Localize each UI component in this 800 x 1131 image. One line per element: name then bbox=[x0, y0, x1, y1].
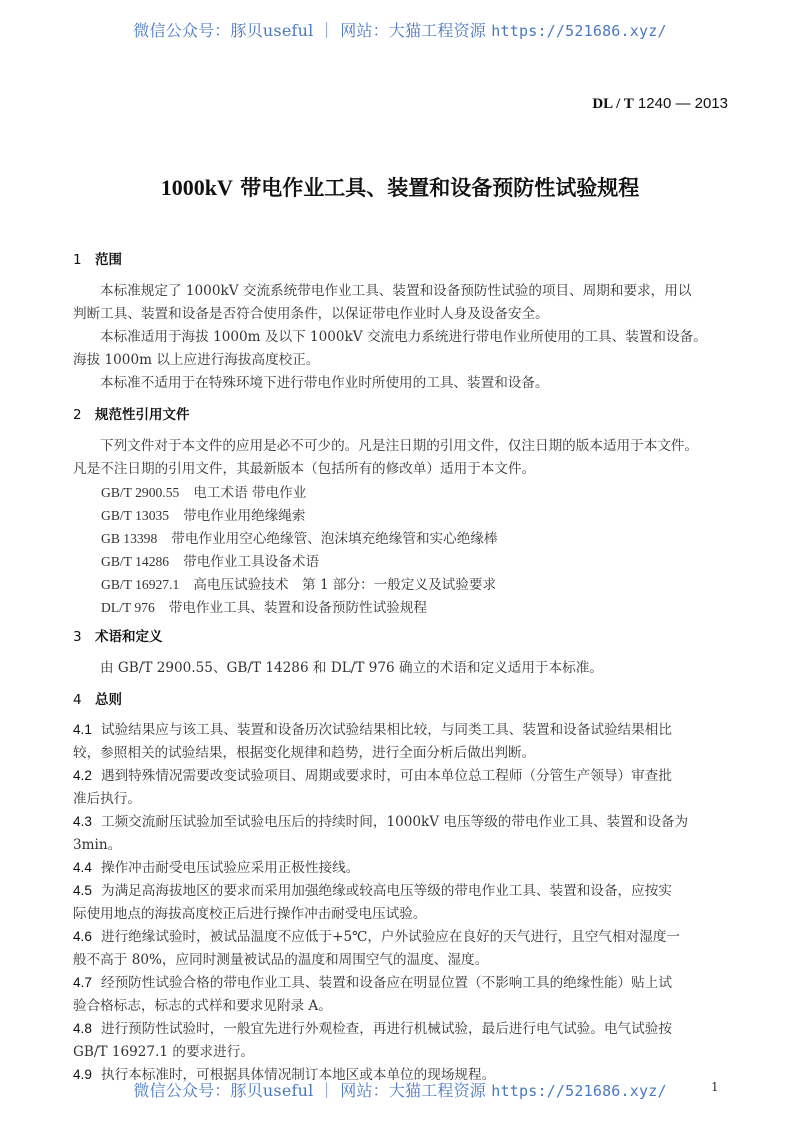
clause-number: 4.6 bbox=[73, 929, 101, 944]
clause-continuation: 3min。 bbox=[73, 833, 121, 853]
clause-number: 4.8 bbox=[73, 1021, 101, 1036]
clause-continuation: GB/T 16927.1 的要求进行。 bbox=[73, 1040, 254, 1060]
section-number: 2 bbox=[73, 407, 95, 423]
reference-code: GB 13398 bbox=[101, 531, 157, 547]
clause-text: 经预防性试验合格的带电作业工具、装置和设备应在明显位置（不影响工具的绝缘性能）贴… bbox=[101, 975, 672, 991]
watermark-url[interactable]: https://521686.xyz/ bbox=[491, 1082, 666, 1100]
section-heading-3: 3术语和定义 bbox=[73, 625, 163, 645]
clause-text: 进行预防性试验时，一般宜先进行外观检查，再进行机械试验，最后进行电气试验。电气试… bbox=[101, 1021, 672, 1037]
reference-code: DL/T 976 bbox=[101, 600, 155, 616]
watermark-url[interactable]: https://521686.xyz/ bbox=[491, 22, 666, 40]
reference-title: 电工术语 带电作业 bbox=[193, 485, 306, 501]
clause-text: 进行绝缘试验时，被试品温度不应低于+5℃，户外试验应在良好的天气进行，且空气相对… bbox=[101, 929, 680, 945]
reference-title: 高电压试验技术 第 1 部分：一般定义及试验要求 bbox=[193, 577, 496, 593]
clause-number: 4.4 bbox=[73, 860, 101, 875]
watermark-bottom: 微信公众号：豚贝useful ｜ 网站：大猫工程资源 https://52168… bbox=[0, 1078, 800, 1101]
clause-continuation: 验合格标志，标志的式样和要求见附录 A。 bbox=[73, 994, 332, 1014]
paragraph-line: 下列文件对于本文件的应用是必不可少的。凡是注日期的引用文件，仅注日期的版本适用于… bbox=[100, 434, 698, 454]
page-number: 1 bbox=[711, 1080, 719, 1094]
title-prefix: 1000kV bbox=[161, 175, 233, 200]
section-title: 总则 bbox=[95, 692, 122, 708]
section-number: 3 bbox=[73, 629, 95, 645]
reference-title: 带电作业用绝缘绳索 bbox=[183, 508, 305, 524]
section-title: 范围 bbox=[95, 252, 122, 268]
clause-text: 操作冲击耐受电压试验应采用正极性接线。 bbox=[101, 860, 359, 876]
reference-code: GB/T 2900.55 bbox=[101, 485, 179, 501]
clause-text: 工频交流耐压试验加至试验电压后的持续时间，1000kV 电压等级的带电作业工具、… bbox=[101, 814, 688, 830]
clause-4-4: 4.4操作冲击耐受电压试验应采用正极性接线。 bbox=[73, 856, 359, 876]
watermark-text: 微信公众号：豚贝useful ｜ 网站：大猫工程资源 bbox=[133, 1081, 491, 1100]
paragraph-line: 本标准规定了 1000kV 交流系统带电作业工具、装置和设备预防性试验的项目、周… bbox=[100, 279, 691, 299]
reference-code: GB/T 14286 bbox=[101, 554, 169, 570]
reference-code: GB/T 16927.1 bbox=[101, 577, 179, 593]
reference-code: GB/T 13035 bbox=[101, 508, 169, 524]
watermark-top: 微信公众号：豚贝useful ｜ 网站：大猫工程资源 https://52168… bbox=[0, 18, 800, 41]
reference-item: GB/T 14286带电作业工具设备术语 bbox=[101, 550, 319, 570]
clause-4-7: 4.7经预防性试验合格的带电作业工具、装置和设备应在明显位置（不影响工具的绝缘性… bbox=[73, 971, 672, 991]
section-title: 规范性引用文件 bbox=[95, 407, 190, 423]
clause-number: 4.7 bbox=[73, 975, 101, 990]
reference-item: GB/T 16927.1高电压试验技术 第 1 部分：一般定义及试验要求 bbox=[101, 573, 496, 593]
paragraph-line: 本标准不适用于在特殊环境下进行带电作业时所使用的工具、装置和设备。 bbox=[100, 371, 549, 391]
clause-4-5: 4.5为满足高海拔地区的要求而采用加强绝缘或较高电压等级的带电作业工具、装置和设… bbox=[73, 879, 672, 899]
clause-4-2: 4.2遇到特殊情况需要改变试验项目、周期或要求时，可由本单位总工程师（分管生产领… bbox=[73, 764, 672, 784]
standard-number: 1240 — 2013 bbox=[638, 95, 728, 112]
reference-item: GB/T 2900.55电工术语 带电作业 bbox=[101, 481, 306, 501]
clause-text: 遇到特殊情况需要改变试验项目、周期或要求时，可由本单位总工程师（分管生产领导）审… bbox=[101, 768, 672, 784]
clause-text: 为满足高海拔地区的要求而采用加强绝缘或较高电压等级的带电作业工具、装置和设备，应… bbox=[101, 883, 672, 899]
reference-title: 带电作业用空心绝缘管、泡沫填充绝缘管和实心绝缘棒 bbox=[171, 531, 497, 547]
section-title: 术语和定义 bbox=[95, 629, 163, 645]
reference-item: GB 13398带电作业用空心绝缘管、泡沫填充绝缘管和实心绝缘棒 bbox=[101, 527, 498, 547]
section-number: 1 bbox=[73, 252, 95, 268]
reference-item: GB/T 13035带电作业用绝缘绳索 bbox=[101, 504, 305, 524]
reference-item: DL/T 976带电作业工具、装置和设备预防性试验规程 bbox=[101, 596, 427, 616]
clause-continuation: 较，参照相关的试验结果，根据变化规律和趋势，进行全面分析后做出判断。 bbox=[73, 741, 535, 761]
clause-number: 4.5 bbox=[73, 883, 101, 898]
clause-continuation: 般不高于 80%，应同时测量被试品的温度和周围空气的温度、湿度。 bbox=[73, 948, 488, 968]
section-heading-1: 1范围 bbox=[73, 248, 122, 268]
section-heading-4: 4总则 bbox=[73, 688, 122, 708]
clause-number: 4.3 bbox=[73, 814, 101, 829]
clause-continuation: 际使用地点的海拔高度校正后进行操作冲击耐受电压试验。 bbox=[73, 902, 426, 922]
clause-text: 试验结果应与该工具、装置和设备历次试验结果相比较，与同类工具、装置和设备试验结果… bbox=[101, 722, 672, 738]
clause-continuation: 准后执行。 bbox=[73, 787, 141, 807]
reference-title: 带电作业工具、装置和设备预防性试验规程 bbox=[169, 600, 427, 616]
standard-prefix: DL / T bbox=[592, 96, 633, 112]
paragraph-line: 本标准适用于海拔 1000m 及以下 1000kV 交流电力系统进行带电作业所使… bbox=[100, 325, 707, 345]
clause-4-6: 4.6进行绝缘试验时，被试品温度不应低于+5℃，户外试验应在良好的天气进行，且空… bbox=[73, 925, 680, 945]
paragraph-line: 判断工具、装置和设备是否符合使用条件，以保证带电作业时人身及设备安全。 bbox=[73, 302, 549, 322]
section-number: 4 bbox=[73, 692, 95, 708]
reference-title: 带电作业工具设备术语 bbox=[183, 554, 319, 570]
watermark-text: 微信公众号：豚贝useful ｜ 网站：大猫工程资源 bbox=[133, 21, 491, 40]
title-text: 带电作业工具、装置和设备预防性试验规程 bbox=[233, 176, 639, 200]
paragraph-line: 由 GB/T 2900.55、GB/T 14286 和 DL/T 976 确立的… bbox=[100, 656, 603, 676]
standard-code: DL / T 1240 — 2013 bbox=[592, 95, 728, 113]
clause-4-3: 4.3工频交流耐压试验加至试验电压后的持续时间，1000kV 电压等级的带电作业… bbox=[73, 810, 688, 830]
paragraph-line: 凡是不注日期的引用文件，其最新版本（包括所有的修改单）适用于本文件。 bbox=[73, 457, 535, 477]
document-title: 1000kV 带电作业工具、装置和设备预防性试验规程 bbox=[0, 172, 800, 202]
clause-4-1: 4.1试验结果应与该工具、装置和设备历次试验结果相比较，与同类工具、装置和设备试… bbox=[73, 718, 672, 738]
section-heading-2: 2规范性引用文件 bbox=[73, 403, 190, 423]
clause-number: 4.1 bbox=[73, 722, 101, 737]
paragraph-line: 海拔 1000m 以上应进行海拔高度校正。 bbox=[73, 348, 319, 368]
clause-4-8: 4.8进行预防性试验时，一般宜先进行外观检查，再进行机械试验，最后进行电气试验。… bbox=[73, 1017, 672, 1037]
clause-number: 4.2 bbox=[73, 768, 101, 783]
